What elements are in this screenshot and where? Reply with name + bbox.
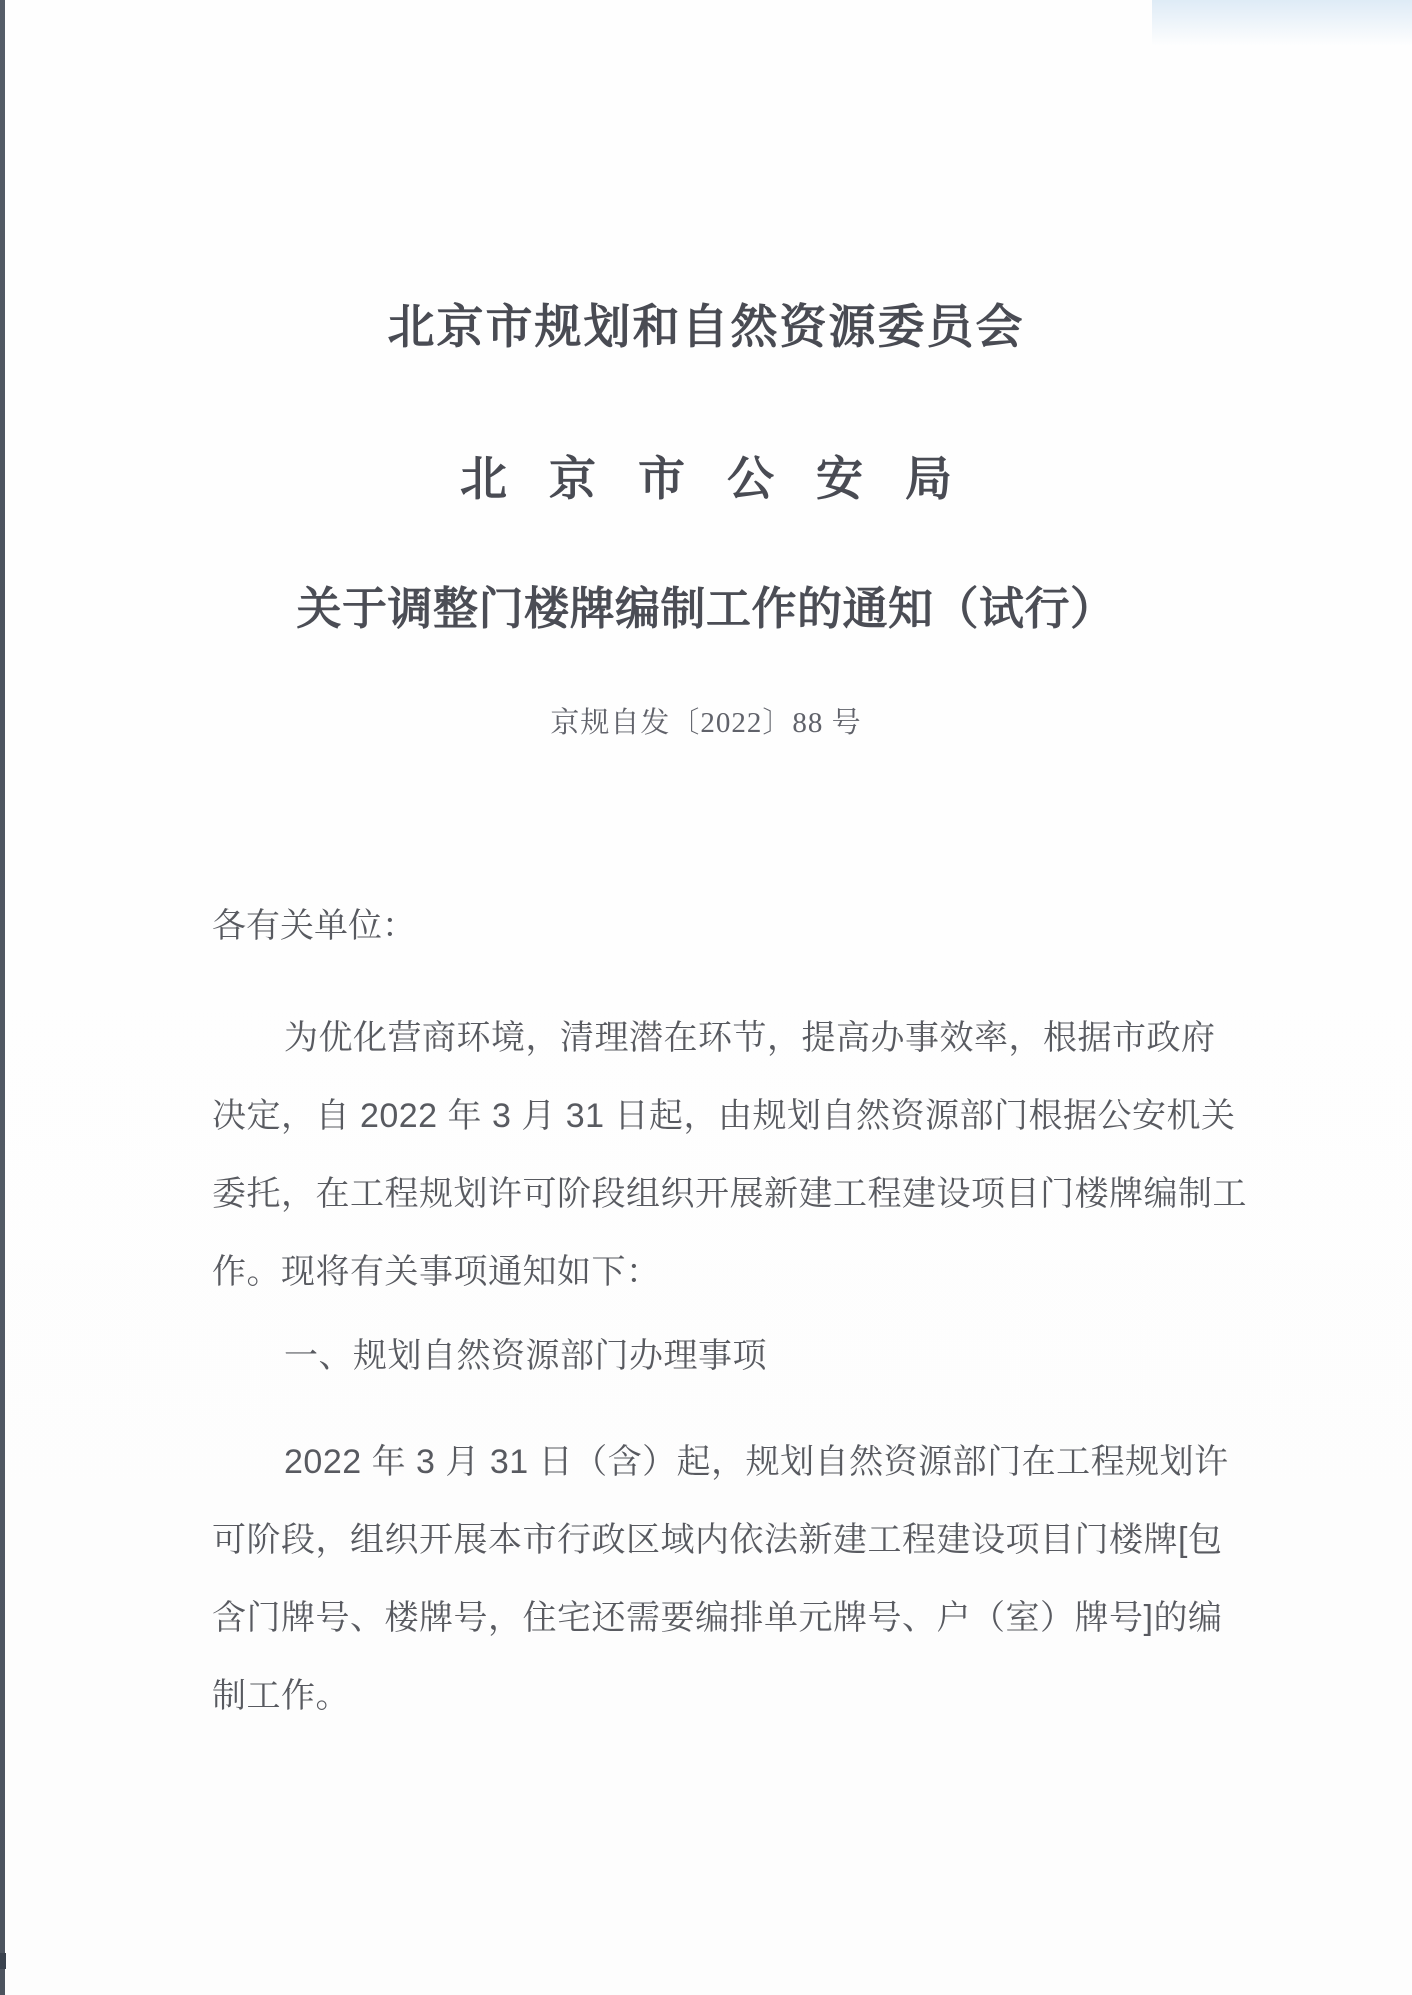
body-line-1: 为优化营商环境，清理潜在环节，提高办事效率，根据市政府 — [212, 1010, 1314, 1059]
body-line-2: 决定，自 2022 年 3 月 31 日起，由规划自然资源部门根据公安机关 — [212, 1088, 1242, 1137]
section-heading-1: 一、规划自然资源部门办理事项 — [212, 1328, 1314, 1377]
body-line-4: 作。现将有关事项通知如下： — [212, 1244, 1242, 1293]
scan-mark-artifact — [0, 1953, 6, 1969]
body-line-3: 委托，在工程规划许可阶段组织开展新建工程建设项目门楼牌编制工 — [212, 1166, 1242, 1215]
issuing-org-line-2: 北京市公安局 — [0, 442, 1412, 509]
body-line-5: 2022 年 3 月 31 日（含）起，规划自然资源部门在工程规划许 — [212, 1434, 1314, 1483]
document-number: 京规自发〔2022〕88 号 — [0, 700, 1412, 741]
scan-tint-artifact — [1152, 0, 1412, 46]
body-line-7: 含门牌号、楼牌号，住宅还需要编排单元牌号、户（室）牌号]的编 — [212, 1590, 1242, 1639]
issuing-org-line-1: 北京市规划和自然资源委员会 — [0, 290, 1412, 357]
scanned-document-page: 北京市规划和自然资源委员会 北京市公安局 关于调整门楼牌编制工作的通知（试行） … — [0, 0, 1412, 1995]
body-line-6: 可阶段，组织开展本市行政区域内依法新建工程建设项目门楼牌[包 — [212, 1512, 1242, 1561]
body-line-8: 制工作。 — [212, 1668, 1242, 1717]
document-title: 关于调整门楼牌编制工作的通知（试行） — [0, 572, 1412, 637]
salutation-line: 各有关单位： — [212, 898, 416, 947]
